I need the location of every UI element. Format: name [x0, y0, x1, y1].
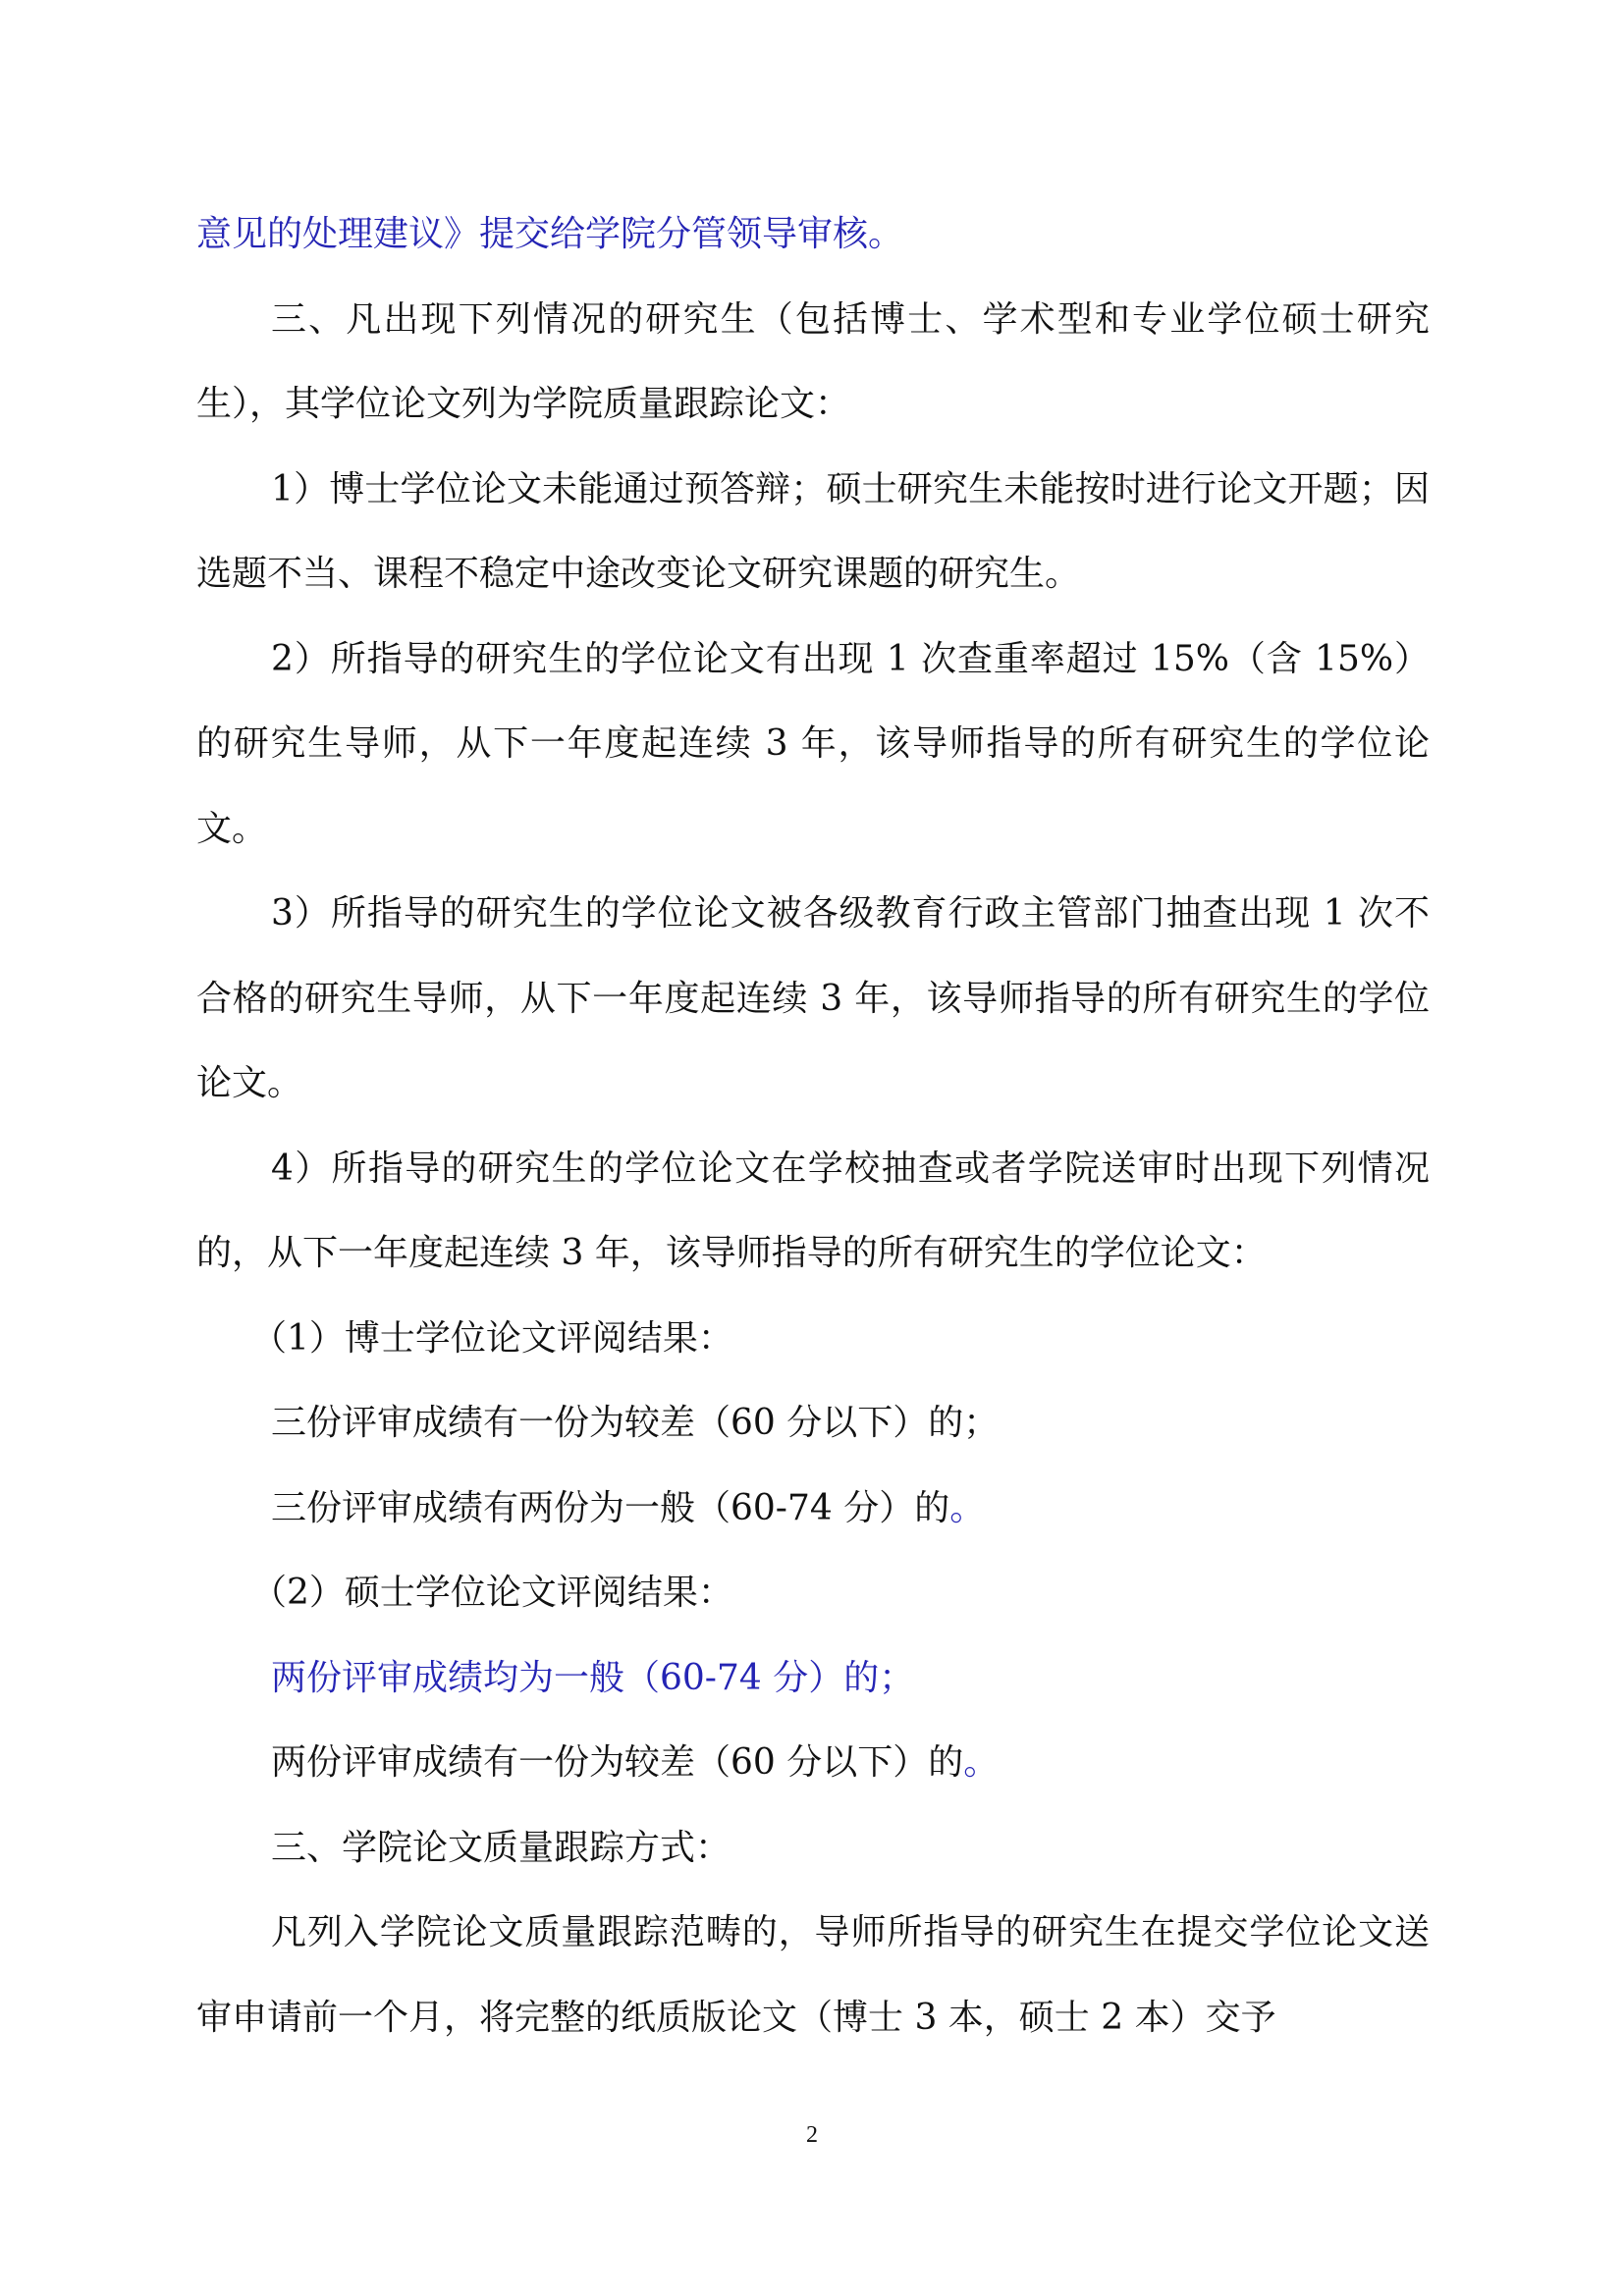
paragraph-tracking-method: 凡列入学院论文质量跟踪范畴的，导师所指导的研究生在提交学位论文送审申请前一个月，… — [196, 1891, 1430, 2060]
paragraph-review-suggestion-tail: 意见的处理建议》提交给学院分管领导审核。 — [196, 192, 1430, 278]
page-body: 意见的处理建议》提交给学院分管领导审核。 三、凡出现下列情况的研究生（包括博士、… — [196, 192, 1430, 2060]
list-item-master-average: 两份评审成绩均为一般（60-74 分）的； — [196, 1636, 1430, 1722]
paragraph-text: 2）所指导的研究生的学位论文有出现 1 次查重率超过 15%（含 15%）的研究… — [196, 639, 1430, 849]
list-item-criterion-3: 3）所指导的研究生的学位论文被各级教育行政主管部门抽查出现 1 次不合格的研究生… — [196, 872, 1430, 1127]
list-item-master-poor: 两份评审成绩有一份为较差（60 分以下）的。 — [196, 1721, 1430, 1806]
paragraph-tracking-criteria-intro: 三、凡出现下列情况的研究生（包括博士、学术型和专业学位硕士研究生），其学位论文列… — [196, 278, 1430, 448]
list-item-criterion-4: 4）所指导的研究生的学位论文在学校抽查或者学院送审时出现下列情况的，从下一年度起… — [196, 1127, 1430, 1297]
paragraph-text: 三份评审成绩有一份为较差（60 分以下）的； — [271, 1403, 999, 1443]
sub-heading-doctoral-review: （1）博士学位论文评阅结果： — [196, 1297, 1430, 1382]
paragraph-text: （1）博士学位论文评阅结果： — [251, 1318, 733, 1359]
paragraph-text: 三、学院论文质量跟踪方式： — [271, 1828, 731, 1868]
page-number: 2 — [0, 2122, 1624, 2149]
paragraph-text: 4）所指导的研究生的学位论文在学校抽查或者学院送审时出现下列情况的，从下一年度起… — [196, 1148, 1430, 1274]
paragraph-text: 凡列入学院论文质量跟踪范畴的，导师所指导的研究生在提交学位论文送审申请前一个月，… — [196, 1912, 1430, 2038]
sub-heading-master-review: （2）硕士学位论文评阅结果： — [196, 1551, 1430, 1636]
paragraph-end-mark: 。 — [949, 1488, 985, 1528]
list-item-criterion-1: 1）博士学位论文未能通过预答辩；硕士研究生未能按时进行论文开题；因选题不当、课程… — [196, 448, 1430, 617]
paragraph-text: （2）硕士学位论文评阅结果： — [251, 1573, 733, 1613]
paragraph-text: 三、凡出现下列情况的研究生（包括博士、学术型和专业学位硕士研究生），其学位论文列… — [196, 299, 1430, 425]
paragraph-text: 两份评审成绩均为一般（60-74 分）的； — [271, 1658, 914, 1698]
list-item-doctoral-poor: 三份评审成绩有一份为较差（60 分以下）的； — [196, 1381, 1430, 1467]
paragraph-text: 意见的处理建议》提交给学院分管领导审核。 — [196, 214, 903, 254]
section-heading-tracking-method: 三、学院论文质量跟踪方式： — [196, 1806, 1430, 1892]
paragraph-text: 3）所指导的研究生的学位论文被各级教育行政主管部门抽查出现 1 次不合格的研究生… — [196, 893, 1430, 1103]
document-page: 意见的处理建议》提交给学院分管领导审核。 三、凡出现下列情况的研究生（包括博士、… — [0, 0, 1624, 2296]
paragraph-end-mark: 。 — [963, 1742, 999, 1783]
list-item-doctoral-average: 三份评审成绩有两份为一般（60-74 分）的。 — [196, 1467, 1430, 1552]
paragraph-text: 两份评审成绩有一份为较差（60 分以下）的 — [271, 1742, 963, 1783]
paragraph-text: 1）博士学位论文未能通过预答辩；硕士研究生未能按时进行论文开题；因选题不当、课程… — [196, 469, 1430, 595]
paragraph-text: 三份评审成绩有两份为一般（60-74 分）的 — [271, 1488, 949, 1528]
list-item-criterion-2: 2）所指导的研究生的学位论文有出现 1 次查重率超过 15%（含 15%）的研究… — [196, 617, 1430, 873]
